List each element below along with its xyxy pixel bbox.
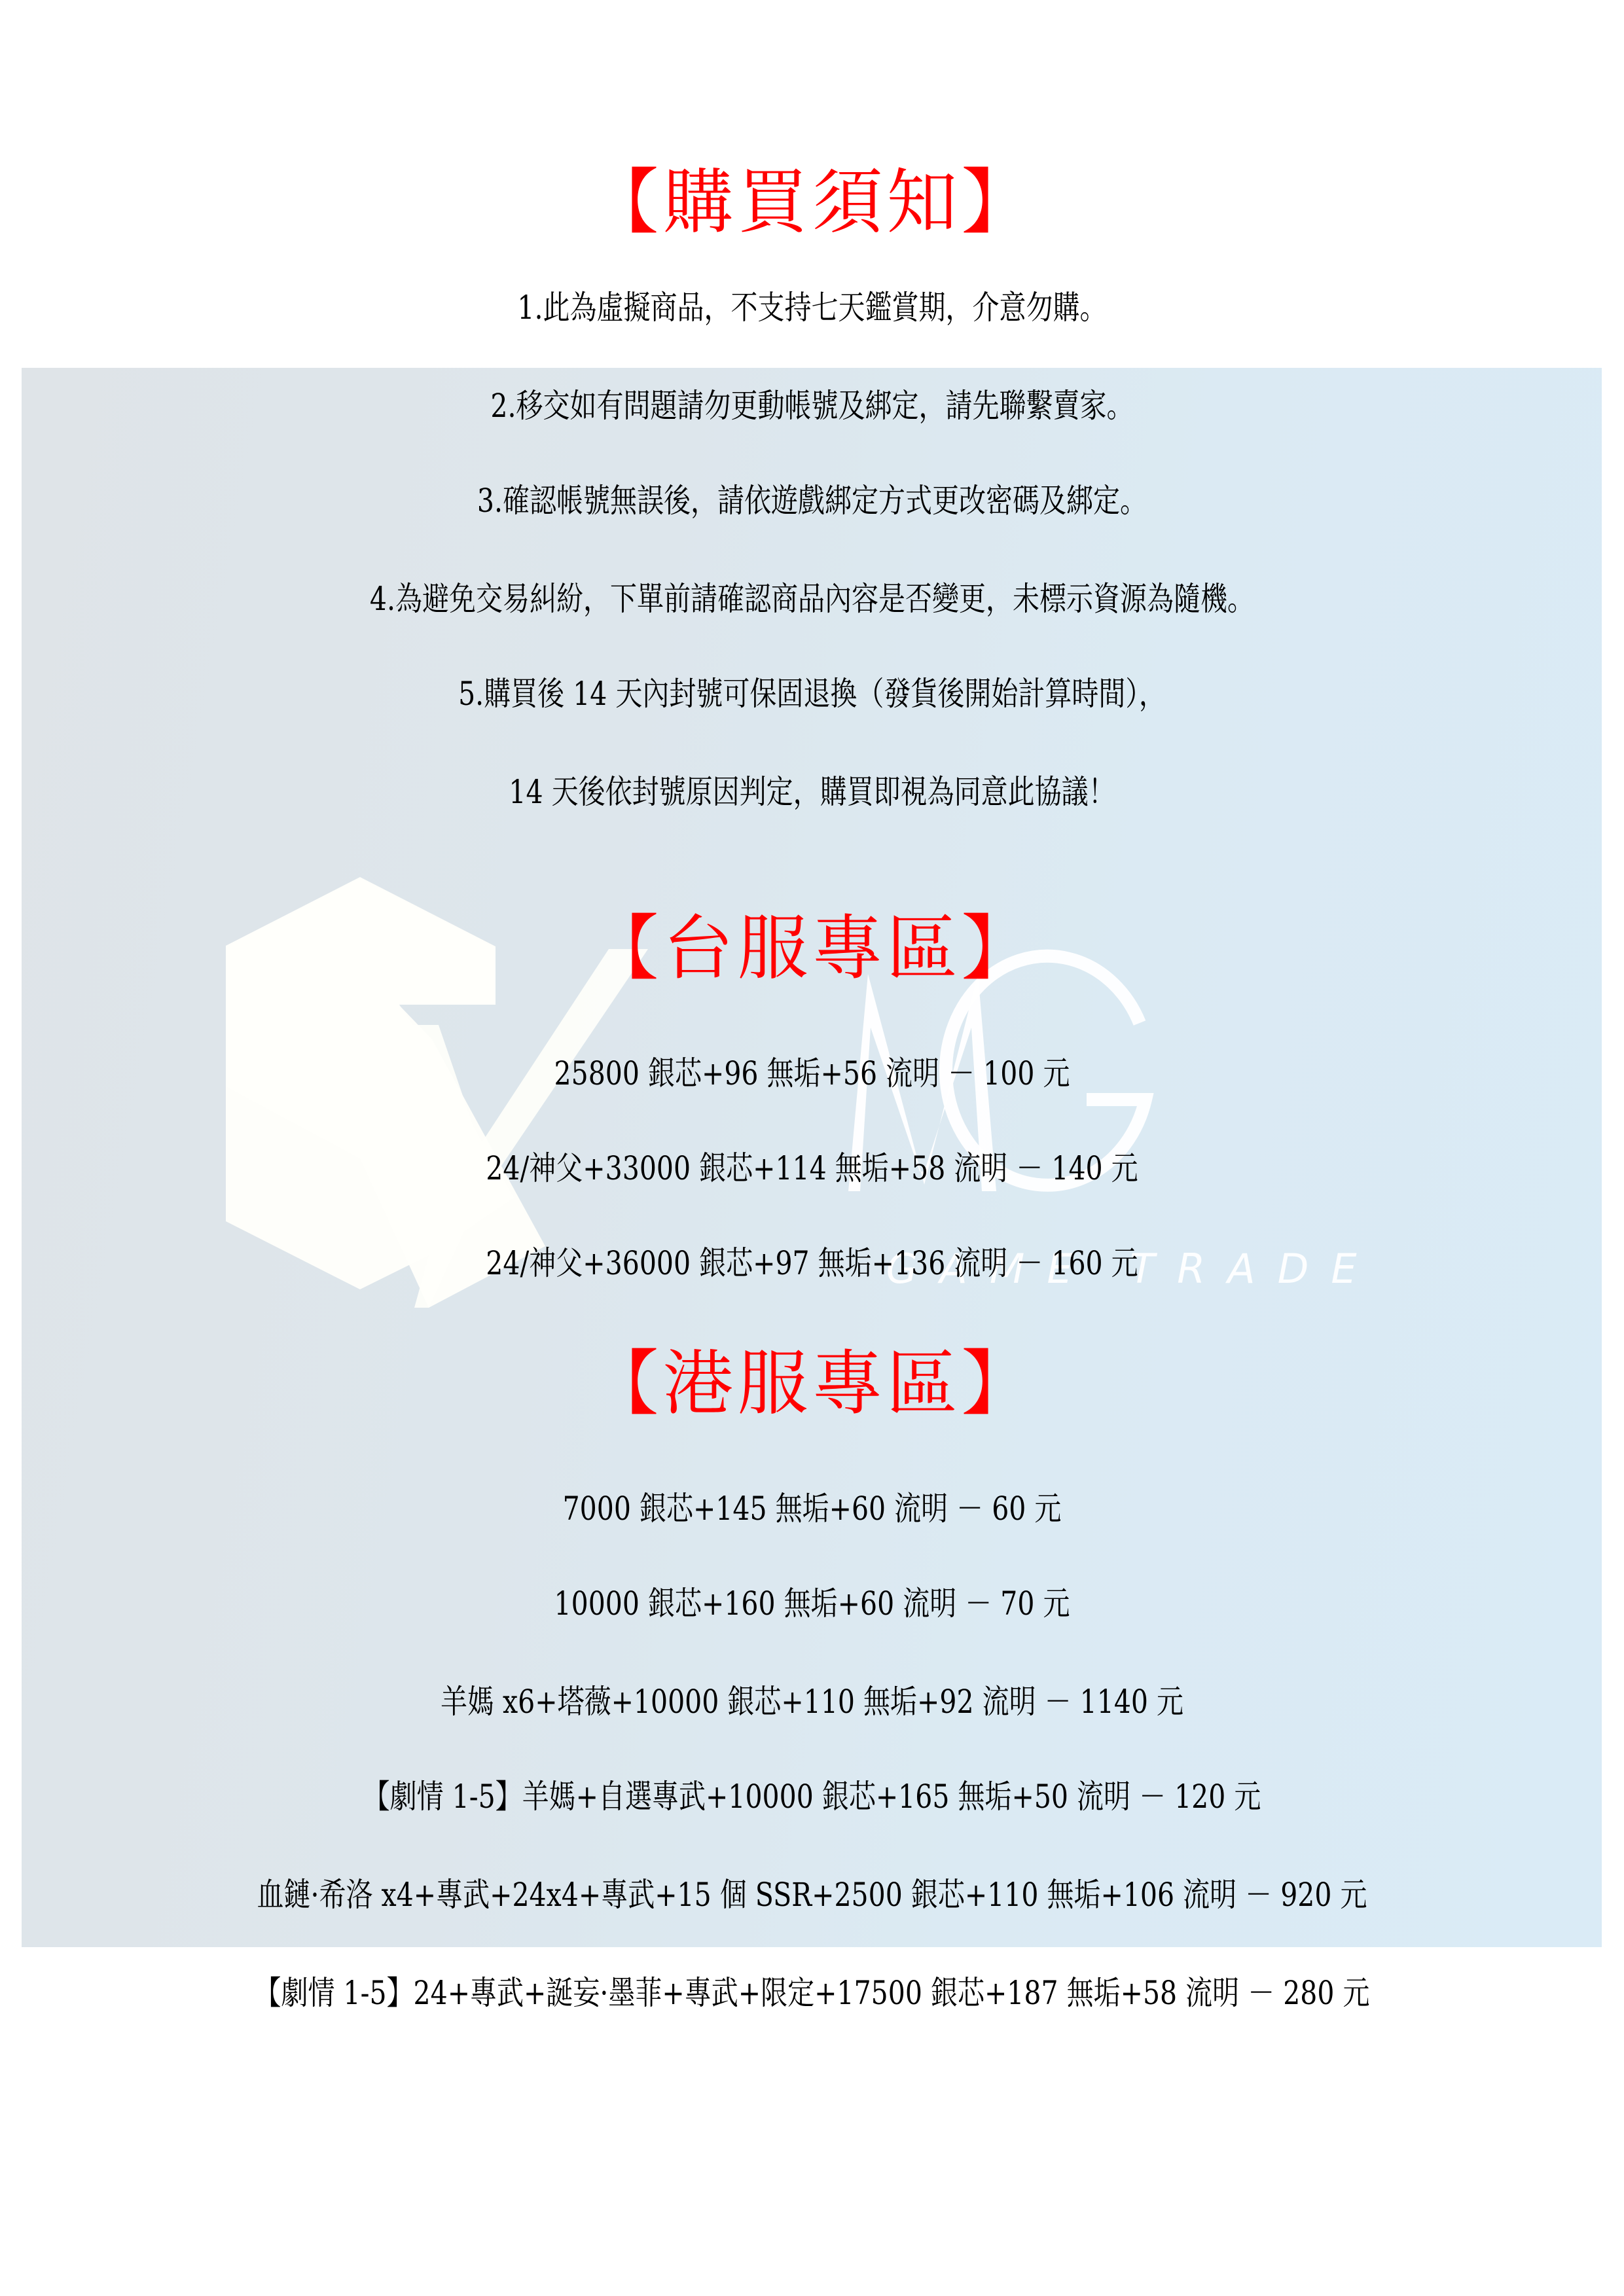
hk-item-4: 【劇情 1-5】羊媽+自選專武+10000 銀芯+165 無垢+50 流明 － …: [146, 1777, 1477, 1816]
tw-section-heading: 【台服專區】: [0, 906, 1624, 992]
notice-line-3: 3.確認帳號無誤後，請依遊戲綁定方式更改密碼及綁定。: [146, 481, 1477, 520]
page-title: 【購買須知】: [0, 160, 1624, 245]
tw-item-1: 25800 銀芯+96 無垢+56 流明 － 100 元: [146, 1054, 1477, 1093]
hk-item-3: 羊媽 x6+塔薇+10000 銀芯+110 無垢+92 流明 － 1140 元: [146, 1682, 1477, 1721]
notice-line-2: 2.移交如有問題請勿更動帳號及綁定，請先聯繫賣家。: [146, 386, 1477, 425]
hk-item-2: 10000 銀芯+160 無垢+60 流明 － 70 元: [146, 1584, 1477, 1623]
notice-line-6: 14 天後依封號原因判定，購買即視為同意此協議！: [146, 772, 1477, 812]
notice-line-5: 5.購買後 14 天內封號可保固退換（發貨後開始計算時間），: [146, 674, 1477, 713]
hk-item-6: 【劇情 1-5】24+專武+誕妄·墨菲+專武+限定+17500 銀芯+187 無…: [146, 1973, 1477, 2013]
tw-item-2: 24/神父+33000 銀芯+114 無垢+58 流明 － 140 元: [146, 1149, 1477, 1188]
tw-item-3: 24/神父+36000 銀芯+97 無垢+136 流明 － 160 元: [146, 1244, 1477, 1283]
hk-item-5: 血鏈·希洛 x4+專武+24x4+專武+15 個 SSR+2500 銀芯+110…: [146, 1875, 1477, 1914]
notice-line-4: 4.為避免交易糾紛，下單前請確認商品內容是否變更，未標示資源為隨機。: [146, 579, 1477, 619]
hk-item-1: 7000 銀芯+145 無垢+60 流明 － 60 元: [146, 1489, 1477, 1528]
hk-section-heading: 【港服專區】: [0, 1342, 1624, 1427]
notice-line-1: 1.此為虛擬商品，不支持七天鑑賞期，介意勿購。: [146, 288, 1477, 327]
